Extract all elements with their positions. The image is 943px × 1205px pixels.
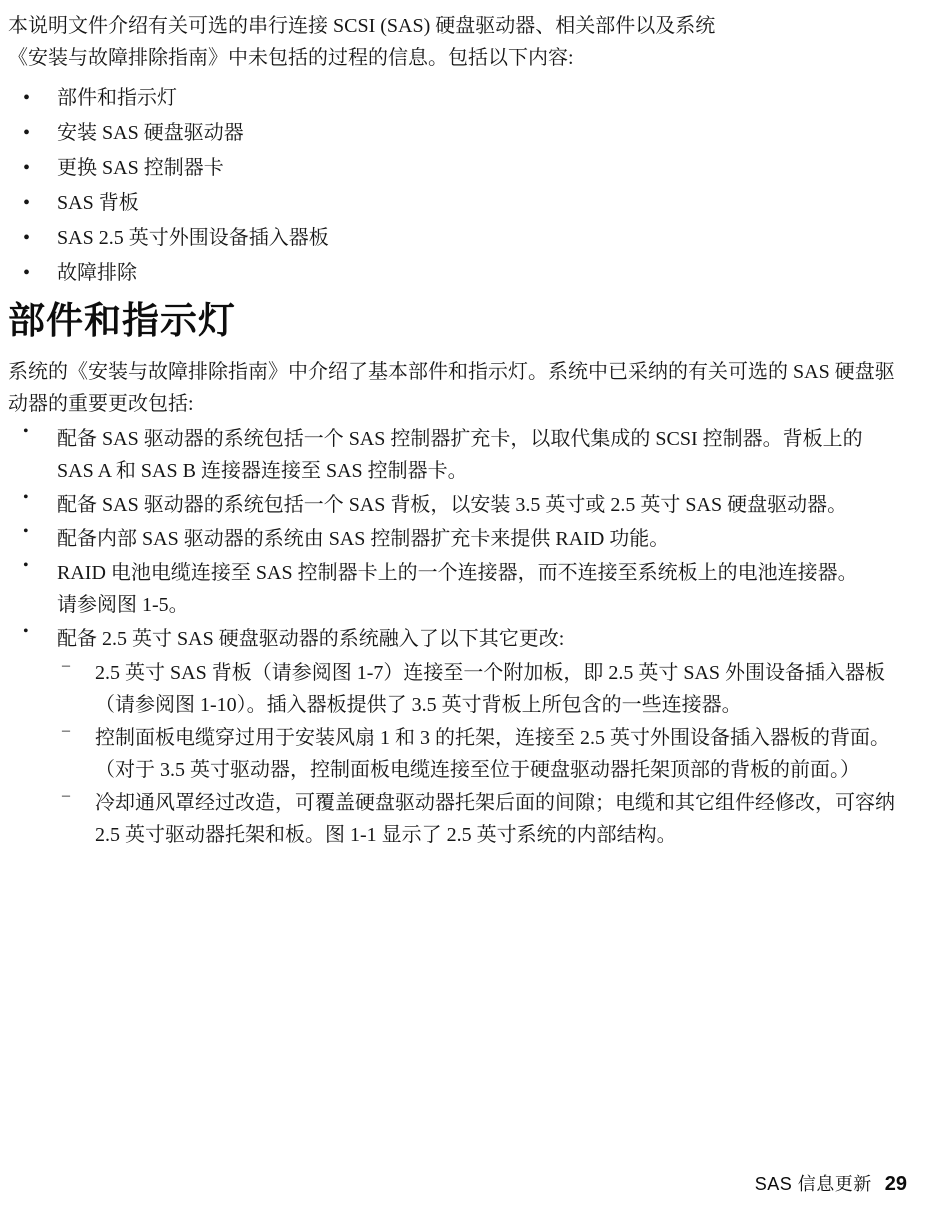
intro-paragraph: 本说明文件介绍有关可选的串行连接 SCSI (SAS) 硬盘驱动器、相关部件以及… [8,10,936,74]
list-item-line: 配备 SAS 驱动器的系统包括一个 SAS 背板，以安装 3.5 英寸或 2.5… [57,489,936,521]
list-item-line: （请参阅图 1-10）。插入器板提供了 3.5 英寸背板上所包含的一些连接器。 [95,689,936,721]
dash-icon: – [62,787,70,805]
document-page: 本说明文件介绍有关可选的串行连接 SCSI (SAS) 硬盘驱动器、相关部件以及… [0,0,943,1205]
bullet-icon: • [23,523,29,541]
list-item-line: RAID 电池电缆连接至 SAS 控制器卡上的一个连接器，而不连接至系统板上的电… [57,557,936,589]
list-item-label: 安装 SAS 硬盘驱动器 [57,122,244,144]
list-item: • 配备 2.5 英寸 SAS 硬盘驱动器的系统融入了以下其它更改: [8,623,936,655]
section-intro-paragraph: 系统的《安装与故障排除指南》中介绍了基本部件和指示灯。系统中已采纳的有关可选的 … [8,356,936,420]
footer-section-title: SAS 信息更新 [755,1170,872,1196]
list-item-line: SAS A 和 SAS B 连接器连接至 SAS 控制器卡。 [57,455,936,487]
list-item-line: 请参阅图 1-5。 [57,589,936,621]
section-heading: 部件和指示灯 [8,299,936,343]
list-item: • 配备 SAS 驱动器的系统包括一个 SAS 控制器扩充卡，以取代集成的 SC… [8,423,936,487]
list-item-label: 更换 SAS 控制器卡 [57,157,224,179]
paragraph-line: 本说明文件介绍有关可选的串行连接 SCSI (SAS) 硬盘驱动器、相关部件以及… [8,10,936,42]
list-item: • 更换 SAS 控制器卡 [8,151,936,186]
list-item-line: 配备 2.5 英寸 SAS 硬盘驱动器的系统融入了以下其它更改: [57,623,936,655]
bullet-icon: • [23,557,29,575]
list-item-label: 故障排除 [57,262,137,284]
bullet-icon: • [23,116,30,151]
bullet-icon: • [23,81,30,116]
bullet-icon: • [23,151,30,186]
page-footer: SAS 信息更新 29 [755,1170,907,1196]
contents-bullet-list: • 部件和指示灯 • 安装 SAS 硬盘驱动器 • 更换 SAS 控制器卡 • … [8,81,936,291]
page-content: 本说明文件介绍有关可选的串行连接 SCSI (SAS) 硬盘驱动器、相关部件以及… [8,0,936,852]
paragraph-line: 《安装与故障排除指南》中未包括的过程的信息。包括以下内容: [8,42,936,74]
paragraph-line: 系统的《安装与故障排除指南》中介绍了基本部件和指示灯。系统中已采纳的有关可选的 … [8,356,936,388]
list-item-line: 配备 SAS 驱动器的系统包括一个 SAS 控制器扩充卡，以取代集成的 SCSI… [57,423,936,455]
list-item: • 配备 SAS 驱动器的系统包括一个 SAS 背板，以安装 3.5 英寸或 2… [8,489,936,521]
list-item-line: （对于 3.5 英寸驱动器，控制面板电缆连接至位于硬盘驱动器托架顶部的背板的前面… [95,754,936,786]
list-item-label: SAS 2.5 英寸外围设备插入器板 [57,227,329,249]
dash-icon: – [62,722,70,740]
sub-list-item: – 控制面板电缆穿过用于安装风扇 1 和 3 的托架，连接至 2.5 英寸外围设… [8,722,936,786]
list-item: • SAS 背板 [8,186,936,221]
list-item-line: 配备内部 SAS 驱动器的系统由 SAS 控制器扩充卡来提供 RAID 功能。 [57,523,936,555]
bullet-icon: • [23,423,29,441]
bullet-icon: • [23,221,30,256]
bullet-icon: • [23,186,30,221]
sub-list-item: – 2.5 英寸 SAS 背板（请参阅图 1-7）连接至一个附加板，即 2.5 … [8,657,936,721]
list-item-label: SAS 背板 [57,192,139,214]
sub-list-item: – 冷却通风罩经过改造，可覆盖硬盘驱动器托架后面的间隙；电缆和其它组件经修改，可… [8,787,936,851]
list-item: • RAID 电池电缆连接至 SAS 控制器卡上的一个连接器，而不连接至系统板上… [8,557,936,621]
list-item: • 配备内部 SAS 驱动器的系统由 SAS 控制器扩充卡来提供 RAID 功能… [8,523,936,555]
list-item: • 故障排除 [8,256,936,291]
list-item: • 安装 SAS 硬盘驱动器 [8,116,936,151]
list-item: • 部件和指示灯 [8,81,936,116]
page-number: 29 [885,1173,907,1196]
paragraph-line: 动器的重要更改包括: [8,388,936,420]
dash-icon: – [62,657,70,675]
list-item: • SAS 2.5 英寸外围设备插入器板 [8,221,936,256]
list-item-line: 冷却通风罩经过改造，可覆盖硬盘驱动器托架后面的间隙；电缆和其它组件经修改，可容纳 [95,787,936,819]
bullet-icon: • [23,256,30,291]
bullet-icon: • [23,623,29,641]
bullet-icon: • [23,489,29,507]
section-bullet-list: • 配备 SAS 驱动器的系统包括一个 SAS 控制器扩充卡，以取代集成的 SC… [8,423,936,851]
list-item-line: 2.5 英寸 SAS 背板（请参阅图 1-7）连接至一个附加板，即 2.5 英寸… [95,657,936,689]
list-item-line: 控制面板电缆穿过用于安装风扇 1 和 3 的托架，连接至 2.5 英寸外围设备插… [95,722,936,754]
list-item-label: 部件和指示灯 [57,87,177,109]
list-item-line: 2.5 英寸驱动器托架和板。图 1-1 显示了 2.5 英寸系统的内部结构。 [95,819,936,851]
nested-dash-list: – 2.5 英寸 SAS 背板（请参阅图 1-7）连接至一个附加板，即 2.5 … [8,657,936,851]
